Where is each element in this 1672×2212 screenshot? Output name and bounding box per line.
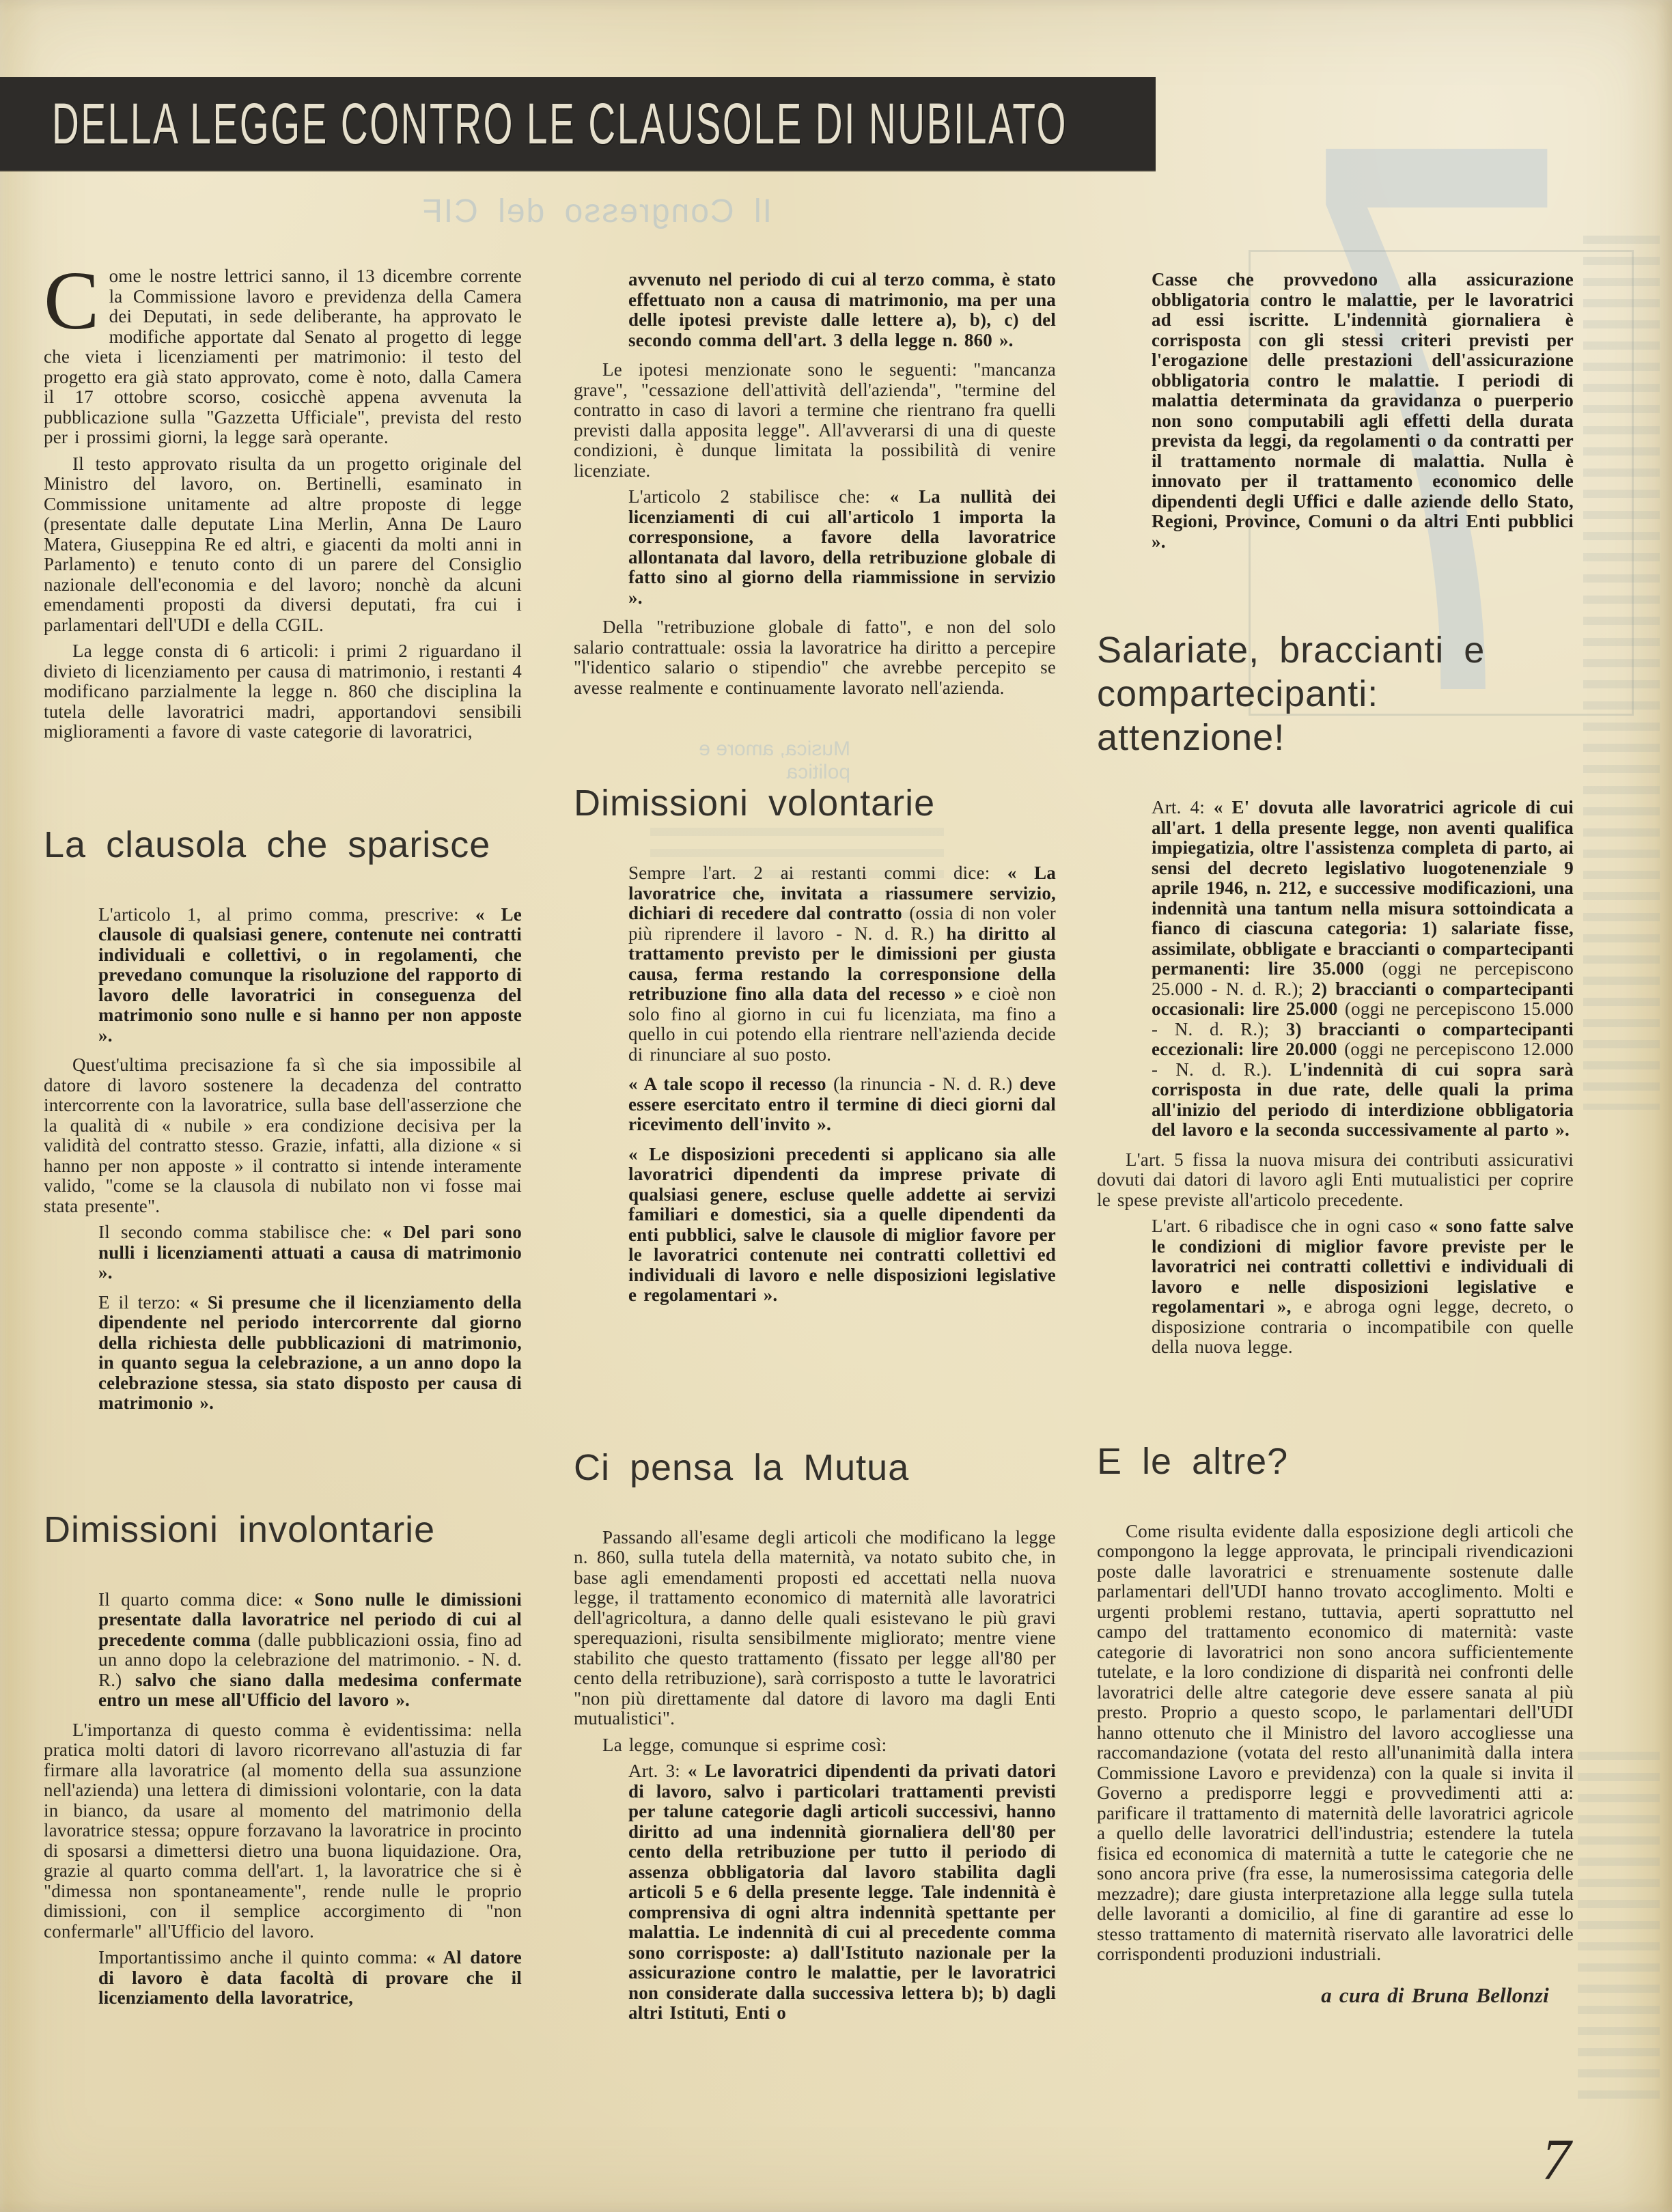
law-quote-block: Sempre l'art. 2 ai restanti commi dice: … [574,863,1056,1065]
article-column-3: Casse che provvedono alla assicurazione … [1097,266,1574,2005]
page-title: DELLA LEGGE CONTRO LE CLAUSOLE DI NUBILA… [52,91,1068,157]
law-quote-block: « A tale scopo il recesso (la rinuncia -… [574,1074,1056,1135]
section-heading: Dimissioni volontarie [574,781,1056,825]
section-heading: Salariate, braccianti e compartecipanti:… [1097,628,1574,759]
paragraph: Le ipotesi menzionate sono le seguenti: … [574,360,1056,481]
law-quote-block: Art. 4: « E' dovuta alle lavoratrici agr… [1097,798,1574,1140]
paragraph: Passando all'esame degli articoli che mo… [574,1528,1056,1729]
section-heading: E le altre? [1097,1440,1574,1483]
paragraph: Quest'ultima precisazione fa sì che sia … [44,1055,522,1216]
paragraph: La legge consta di 6 articoli: i primi 2… [44,641,522,742]
paragraph: Come risulta evidente dalla esposizione … [1097,1522,1574,1965]
page-number: 7 [1542,2125,1571,2194]
law-quote-block: Importantissimo anche il quinto comma: «… [44,1948,522,2008]
paragraph: L'importanza di questo comma è evidentis… [44,1720,522,1942]
paragraph: Il testo approvato risulta da un progett… [44,454,522,636]
paragraph: La legge, comunque si esprime così: [574,1735,1056,1756]
paragraph: Come le nostre lettrici sanno, il 13 dic… [44,266,522,448]
article-column-2: avvenuto nel periodo di cui al terzo com… [574,266,1056,2033]
byline: a cura di Bruna Bellonzi [1097,1985,1549,2006]
law-quote-block: L'articolo 1, al primo comma, prescrive:… [44,905,522,1046]
section-heading: Ci pensa la Mutua [574,1446,1056,1489]
law-quote-block: « Le disposizioni precedenti si applican… [574,1145,1056,1306]
law-quote-block: L'articolo 2 stabilisce che: « La nullit… [574,487,1056,608]
paragraph: L'art. 5 fissa la nuova misura dei contr… [1097,1150,1574,1211]
section-heading: Dimissioni involontarie [44,1508,522,1552]
section-heading: La clausola che sparisce [44,823,522,867]
title-banner: DELLA LEGGE CONTRO LE CLAUSOLE DI NUBILA… [0,77,1156,171]
paragraph: Della "retribuzione globale di fatto", e… [574,617,1056,698]
law-quote-block: Casse che provvedono alla assicurazione … [1097,270,1574,552]
ghost-text-lines-bottom-right [1578,1752,1660,2107]
magazine-page: 7 Il Congresso del CIF Musica, amore e p… [0,0,1672,2212]
ghost-headline-bleedthrough: Il Congresso del CIF [246,193,772,230]
law-quote-block: Il quarto comma dice: « Sono nulle le di… [44,1590,522,1711]
law-quote-block: E il terzo: « Si presume che il licenzia… [44,1293,522,1414]
article-column-1: Come le nostre lettrici sanno, il 13 dic… [44,266,522,2018]
law-quote-block: L'art. 6 ribadisce che in ogni caso « so… [1097,1216,1574,1358]
law-quote-block: Art. 3: « Le lavoratrici dipendenti da p… [574,1761,1056,2024]
law-quote-block: avvenuto nel periodo di cui al terzo com… [574,270,1056,350]
drop-cap: C [44,266,109,332]
law-quote-block: Il secondo comma stabilisce che: « Del p… [44,1222,522,1283]
